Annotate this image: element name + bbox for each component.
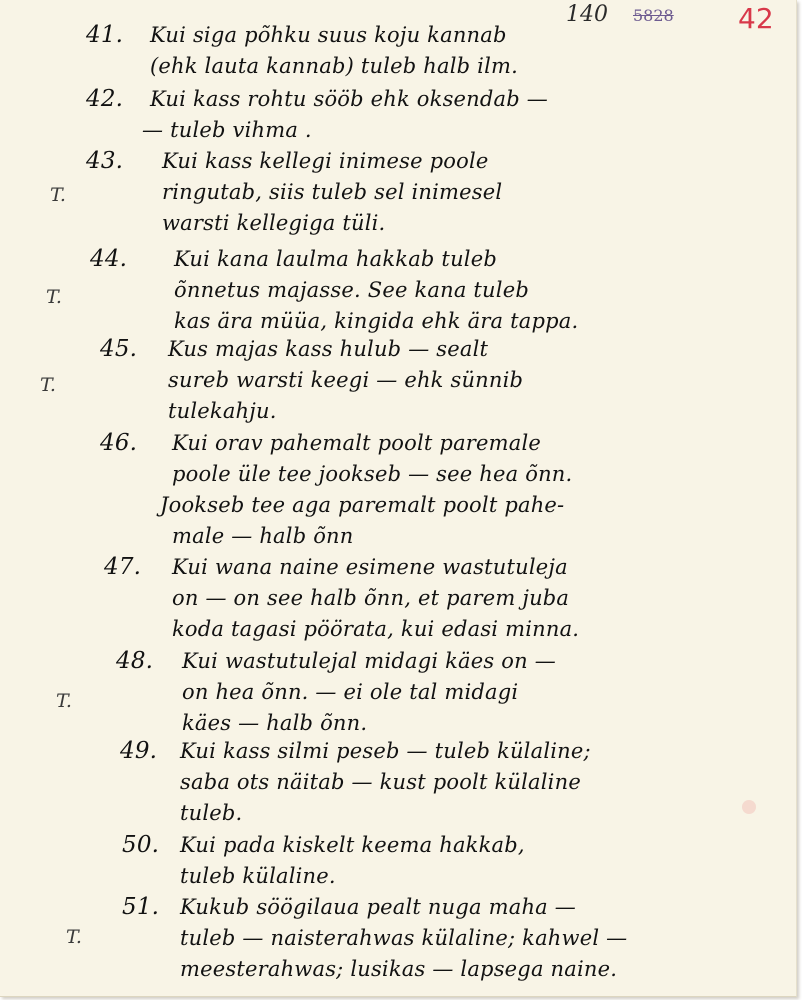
manuscript-page: 140 5828 42 41. Kui siga põhku suus koju… (0, 0, 797, 997)
pencil-marker: T. (66, 926, 82, 948)
pencil-marker: T. (40, 374, 56, 396)
pencil-marker: T. (56, 690, 72, 712)
red-archive-number: 42 (738, 2, 774, 35)
entry-number: 41. (86, 20, 123, 51)
entry-line: käes — halb õnn. (182, 708, 556, 739)
entry-line: ringutab, siis tuleb sel inimesel (162, 177, 502, 208)
pencil-marker: T. (46, 286, 62, 308)
entry-number: 46. (100, 428, 137, 459)
entry-line: Kus majas kass hulub — sealt (168, 334, 523, 365)
entry-line: Kui siga põhku suus koju kannab (150, 20, 518, 51)
entry-number: 44. (90, 244, 127, 275)
entry-line: meesterahwas; lusikas — lapsega naine. (180, 954, 627, 985)
entry-number: 43. (86, 146, 123, 177)
entry-line: Kui kana laulma hakkab tuleb (174, 244, 578, 275)
entry-number: 48. (116, 646, 153, 677)
entry-line: Kui kass rohtu sööb ehk oksendab — (150, 84, 548, 115)
entry-line: sureb warsti keegi — ehk sünnib (168, 365, 523, 396)
entry-line: Kui pada kiskelt keema hakkab, (180, 830, 525, 861)
entry-line: male — halb õnn (172, 521, 572, 552)
entry-line: on — on see halb õnn, et parem juba (172, 583, 579, 614)
entry-number: 50. (122, 830, 159, 861)
entry-line: tuleb külaline. (180, 861, 525, 892)
entry-line: Kui wana naine esimene wastutuleja (172, 552, 579, 583)
entry-number: 45. (100, 334, 137, 365)
entry-line: Kui kass kellegi inimese poole (162, 146, 502, 177)
entry-number: 47. (104, 552, 141, 583)
entry-number: 42. (86, 84, 123, 115)
paper-stain (742, 800, 756, 814)
entry-line: (ehk lauta kannab) tuleb halb ilm. (150, 51, 518, 82)
entry-line: õnnetus majasse. See kana tuleb (174, 275, 578, 306)
entry-line: Kui wastutulejal midagi käes on — (182, 646, 556, 677)
pencil-marker: T. (50, 184, 66, 206)
entry-line: saba ots näitab — kust poolt külaline (180, 767, 591, 798)
entry-line: tuleb — naisterahwas külaline; kahwel — (180, 923, 627, 954)
entry-line: Kukub söögilaua pealt nuga maha — (180, 892, 627, 923)
entry-line: Kui orav pahemalt poolt paremale (172, 428, 572, 459)
entry-line: Kui kass silmi peseb — tuleb külaline; (180, 736, 591, 767)
entry-number: 49. (120, 736, 157, 767)
page-number: 140 (566, 2, 608, 27)
entry-number: 51. (122, 892, 159, 923)
entry-line: Jookseb tee aga paremalt poolt pahe- (160, 490, 572, 521)
entry-line: koda tagasi pöörata, kui edasi minna. (172, 614, 579, 645)
old-archive-number: 5828 (633, 6, 674, 25)
entry-line: tuleb. (180, 798, 591, 829)
entry-line: kas ära müüa, kingida ehk ära tappa. (174, 306, 578, 337)
entry-line: — tuleb vihma . (142, 115, 548, 146)
entry-line: on hea õnn. — ei ole tal midagi (182, 677, 556, 708)
entry-line: tulekahju. (168, 396, 523, 427)
entry-line: warsti kellegiga tüli. (162, 208, 502, 239)
entry-line: poole üle tee jookseb — see hea õnn. (172, 459, 572, 490)
